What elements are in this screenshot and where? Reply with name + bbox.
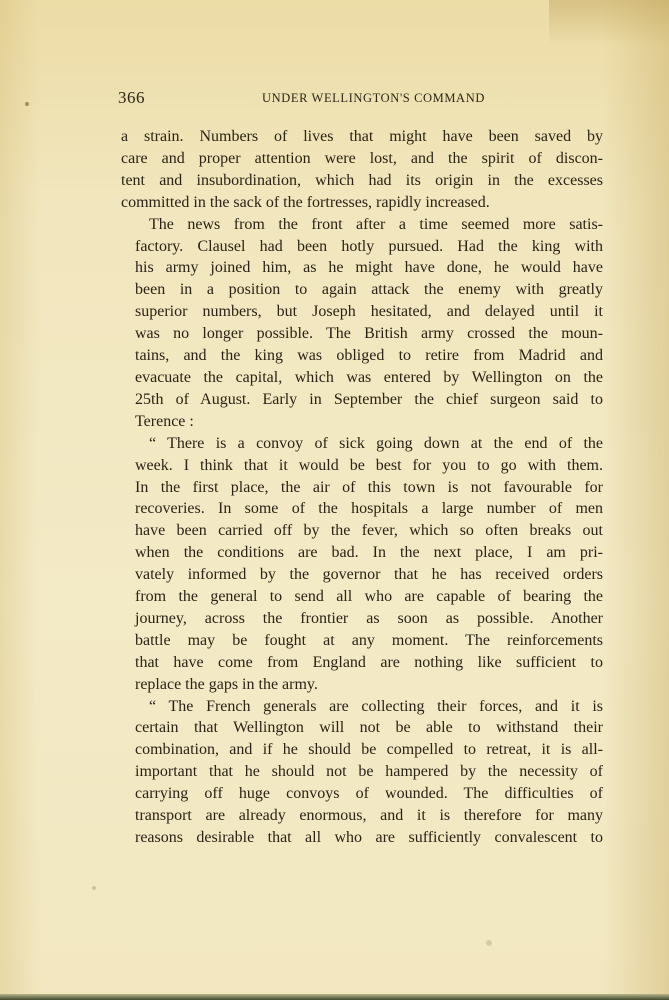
text-line: when the conditions are bad. In the next… bbox=[121, 542, 603, 564]
text-line: recoveries. In some of the hospitals a l… bbox=[121, 498, 603, 520]
text-line: care and proper attention were lost, and… bbox=[121, 148, 603, 170]
text-line: his army joined him, as he might have do… bbox=[121, 257, 603, 279]
book-page: 366 UNDER WELLINGTON'S COMMAND a strain.… bbox=[0, 0, 669, 1000]
text-line: vately informed by the governor that he … bbox=[121, 564, 603, 586]
text-line: important that he should not be hampered… bbox=[121, 761, 603, 783]
text-line: In the first place, the air of this town… bbox=[121, 477, 603, 499]
text-line: that have come from England are nothing … bbox=[121, 652, 603, 674]
paragraph: a strain. Numbers of lives that might ha… bbox=[121, 126, 603, 214]
text-line: was no longer possible. The British army… bbox=[121, 323, 603, 345]
text-line: committed in the sack of the fortresses,… bbox=[121, 192, 603, 214]
page-number: 366 bbox=[118, 88, 145, 108]
text-line: have been carried off by the fever, whic… bbox=[121, 520, 603, 542]
text-line: from the general to send all who are cap… bbox=[121, 586, 603, 608]
text-line: replace the gaps in the army. bbox=[121, 674, 603, 696]
text-line: carrying off huge convoys of wounded. Th… bbox=[121, 783, 603, 805]
paragraph: “ There is a convoy of sick going down a… bbox=[121, 433, 603, 696]
paper-speck bbox=[92, 886, 96, 890]
text-line: factory. Clausel had been hotly pursued.… bbox=[121, 236, 603, 258]
paragraph: The news from the front after a time see… bbox=[121, 214, 603, 433]
text-line: a strain. Numbers of lives that might ha… bbox=[121, 126, 603, 148]
paper-speck bbox=[25, 102, 29, 106]
text-line: Terence : bbox=[121, 411, 603, 433]
page-bottom-edge bbox=[0, 994, 669, 1000]
text-line: certain that Wellington will not be able… bbox=[121, 717, 603, 739]
text-line: 25th of August. Early in September the c… bbox=[121, 389, 603, 411]
text-line: “ The French generals are collecting the… bbox=[121, 696, 603, 718]
body-text: a strain. Numbers of lives that might ha… bbox=[121, 126, 603, 849]
text-line: battle may be fought at any moment. The … bbox=[121, 630, 603, 652]
text-line: transport are already enormous, and it i… bbox=[121, 805, 603, 827]
text-line: evacuate the capital, which was entered … bbox=[121, 367, 603, 389]
text-line: combination, and if he should be compell… bbox=[121, 739, 603, 761]
text-line: journey, across the frontier as soon as … bbox=[121, 608, 603, 630]
paper-speck bbox=[486, 940, 492, 946]
text-line: been in a position to again attack the e… bbox=[121, 279, 603, 301]
text-line: tains, and the king was obliged to retir… bbox=[121, 345, 603, 367]
text-line: superior numbers, but Joseph hesitated, … bbox=[121, 301, 603, 323]
running-title: UNDER WELLINGTON'S COMMAND bbox=[262, 91, 485, 106]
text-line: reasons desirable that all who are suffi… bbox=[121, 827, 603, 849]
text-line: tent and insubordination, which had its … bbox=[121, 170, 603, 192]
paragraph: “ The French generals are collecting the… bbox=[121, 696, 603, 849]
scan-shadow bbox=[549, 0, 669, 45]
text-line: “ There is a convoy of sick going down a… bbox=[121, 433, 603, 455]
page-header: 366 UNDER WELLINGTON'S COMMAND bbox=[118, 88, 608, 108]
text-line: week. I think that it would be best for … bbox=[121, 455, 603, 477]
text-line: The news from the front after a time see… bbox=[121, 214, 603, 236]
